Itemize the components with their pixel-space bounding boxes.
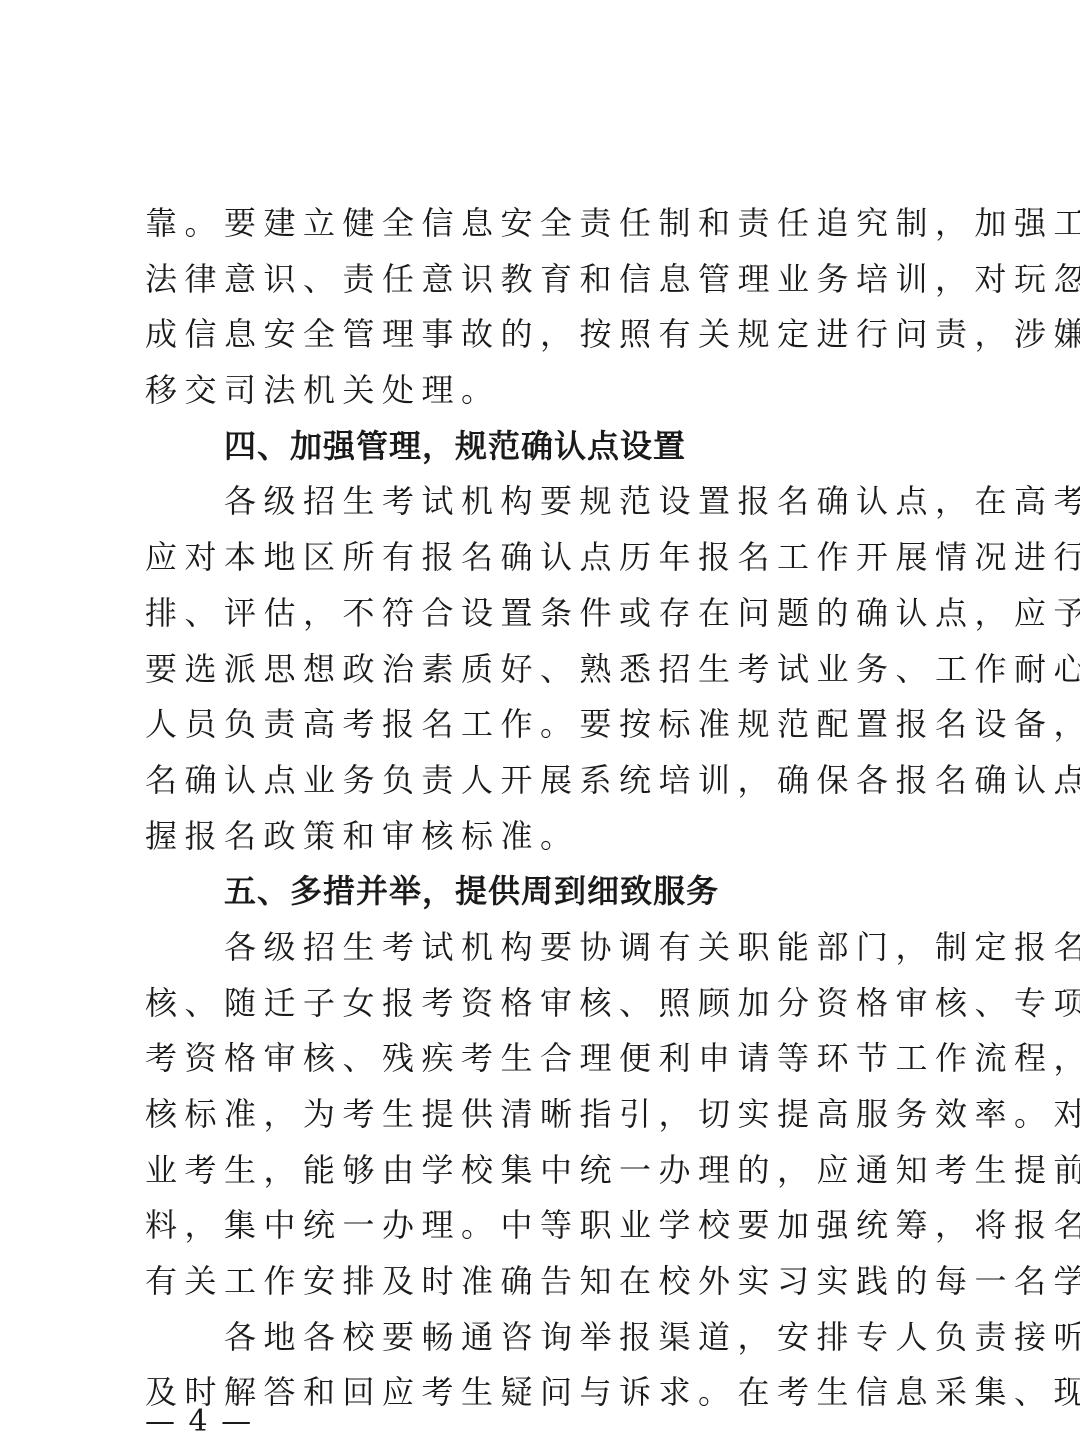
text-line: 人员负责高考报名工作。要按标准规范配置报名设备，对各报: [145, 697, 937, 753]
text-line: 核、随迁子女报考资格审核、照顾加分资格审核、专项计划报: [145, 976, 937, 1032]
text-line: 名确认点业务负责人开展系统培训，确保各报名确认点准确掌: [145, 753, 937, 809]
text-line: 握报名政策和审核标准。: [145, 809, 937, 865]
text-line: 应对本地区所有报名确认点历年报名工作开展情况进行全面摸: [145, 530, 937, 586]
text-line: 要选派思想政治素质好、熟悉招生考试业务、工作耐心细致的: [145, 642, 937, 698]
text-line: 法律意识、责任意识教育和信息管理业务培训，对玩忽职守造: [145, 252, 937, 308]
page-number: — 4 —: [145, 1402, 253, 1442]
document-page: 靠。要建立健全信息安全责任制和责任追究制，加强工作人员 法律意识、责任意识教育和…: [145, 196, 937, 1421]
text-line: 各级招生考试机构要协调有关职能部门，制定报名资格审: [145, 920, 937, 976]
paragraph-consultation-channels: 各地各校要畅通咨询举报渠道，安排专人负责接听接访， 及时解答和回应考生疑问与诉求…: [145, 1310, 937, 1421]
section-heading-5: 五、多措并举，提供周到细致服务: [145, 864, 937, 920]
text-line: 及时解答和回应考生疑问与诉求。在考生信息采集、现场确认: [145, 1365, 937, 1421]
text-line: 考资格审核、残疾考生合理便利申请等环节工作流程，严格审: [145, 1031, 937, 1087]
text-line: 移交司法机关处理。: [145, 363, 937, 419]
text-line: 排、评估，不符合设置条件或存在问题的确认点，应予以取消。: [145, 586, 937, 642]
text-line: 各级招生考试机构要规范设置报名确认点，在高考报名前: [145, 474, 937, 530]
text-line: 有关工作安排及时准确告知在校外实习实践的每一名学生。: [145, 1254, 937, 1310]
text-line: 各地各校要畅通咨询举报渠道，安排专人负责接听接访，: [145, 1310, 937, 1366]
section-heading-4: 四、加强管理，规范确认点设置: [145, 419, 937, 475]
paragraph-service-procedures: 各级招生考试机构要协调有关职能部门，制定报名资格审 核、随迁子女报考资格审核、照…: [145, 920, 937, 1310]
heading-text: 五、多措并举，提供周到细致服务: [145, 864, 937, 920]
text-line: 成信息安全管理事故的，按照有关规定进行问责，涉嫌犯罪的，: [145, 307, 937, 363]
heading-text: 四、加强管理，规范确认点设置: [145, 419, 937, 475]
text-line: 料，集中统一办理。中等职业学校要加强统筹，将报名政策和: [145, 1198, 937, 1254]
paragraph-confirmation-points: 各级招生考试机构要规范设置报名确认点，在高考报名前 应对本地区所有报名确认点历年…: [145, 474, 937, 864]
text-line: 核标准，为考生提供清晰指引，切实提高服务效率。对应届毕: [145, 1087, 937, 1143]
paragraph-info-security-continuation: 靠。要建立健全信息安全责任制和责任追究制，加强工作人员 法律意识、责任意识教育和…: [145, 196, 937, 419]
text-line: 靠。要建立健全信息安全责任制和责任追究制，加强工作人员: [145, 196, 937, 252]
text-line: 业考生，能够由学校集中统一办理的，应通知考生提前准备材: [145, 1143, 937, 1199]
